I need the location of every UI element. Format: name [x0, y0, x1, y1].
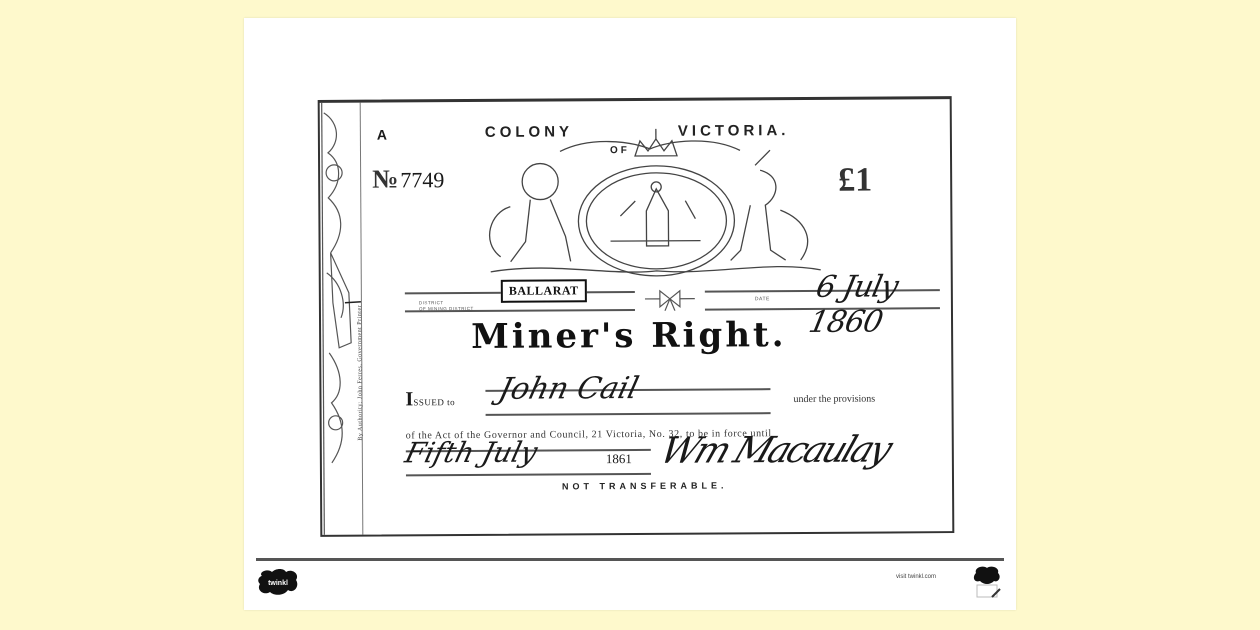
provisions-text: under the provisions — [793, 394, 875, 405]
heading-of: OF — [610, 145, 630, 156]
side-imprint: By Authority: John Ferres, Government Pr… — [356, 213, 370, 533]
miners-right-certificate: By Authority: John Ferres, Government Pr… — [318, 96, 955, 537]
serial-value: 7749 — [400, 167, 444, 193]
issued-initial: I — [405, 388, 413, 410]
series-letter: A — [377, 127, 387, 143]
district-label: DISTRICT OF MINING DISTRICT — [419, 300, 474, 312]
certificate-title: Miner's Right. — [471, 315, 787, 357]
date-handwritten: 6 July 1860 — [806, 269, 942, 340]
not-transferable-notice: NOT TRANSFERABLE. — [562, 480, 728, 491]
expiry-handwritten: Fifth July — [402, 436, 541, 470]
heading-colony: COLONY — [485, 123, 573, 141]
issued-label: SSUED to — [413, 397, 455, 407]
district-date-band: DISTRICT OF MINING DISTRICT BALLARAT DAT… — [405, 285, 935, 312]
district-stamp: BALLARAT — [501, 279, 587, 303]
value-one-pound: £1 — [838, 162, 872, 200]
issued-to-row: ISSUED to John Cail under the provisions — [405, 385, 935, 418]
holder-name-field: John Cail — [485, 388, 770, 416]
serial-number: № 7749 — [372, 164, 444, 194]
holder-name: John Cail — [495, 371, 642, 407]
commissioner-signature: Wm Macaulay — [654, 429, 895, 471]
heading-victoria: VICTORIA. — [678, 122, 790, 140]
footer-divider — [256, 558, 1004, 561]
expiry-year: 1861 — [606, 451, 632, 467]
district-field: DISTRICT OF MINING DISTRICT BALLARAT — [405, 291, 635, 312]
svg-text:twinkl: twinkl — [268, 580, 288, 587]
date-label: DATE — [755, 296, 770, 302]
footer-url[interactable]: visit twinkl.com — [896, 574, 936, 580]
twinkl-badge-icon — [972, 565, 1002, 599]
expiry-field: Fifth July 1861 — [406, 449, 651, 476]
number-sign: № — [372, 164, 397, 194]
district-label-line2: OF MINING DISTRICT — [419, 306, 474, 312]
worksheet-page: By Authority: John Ferres, Government Pr… — [244, 18, 1016, 610]
ornament-icon — [320, 103, 363, 535]
bow-ornament-icon — [645, 287, 695, 311]
twinkl-logo-icon: twinkl — [256, 568, 300, 596]
